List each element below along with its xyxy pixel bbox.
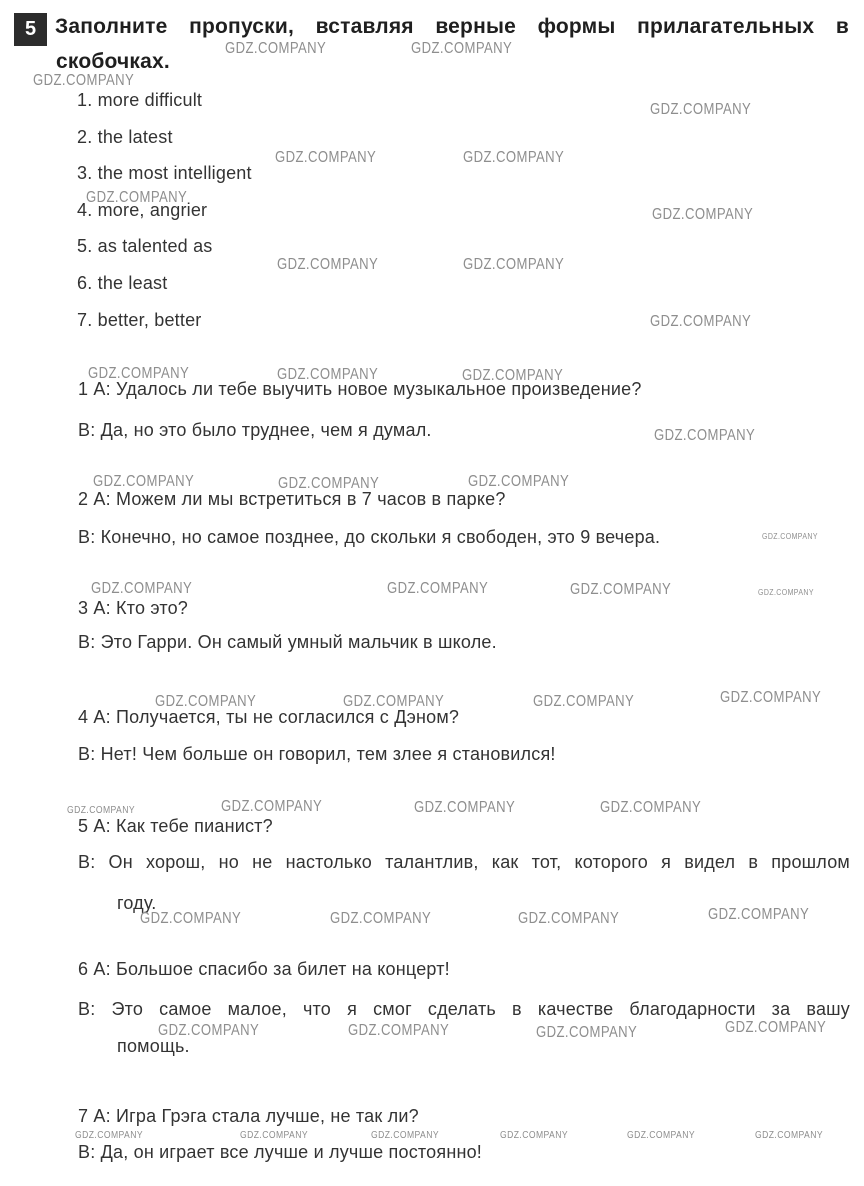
gdz-company-watermark: GDZ.COMPANY <box>371 1130 439 1141</box>
dialogue-5-answer-line2: году. <box>117 893 157 914</box>
gdz-company-watermark: GDZ.COMPANY <box>75 1130 143 1141</box>
exercise-number-badge: 5 <box>14 13 47 46</box>
dialogue-7-answer: В: Да, он играет все лучше и лучше посто… <box>78 1142 482 1163</box>
gdz-company-watermark: GDZ.COMPANY <box>275 150 376 166</box>
answer-item-5: 5. as talented as <box>77 235 252 272</box>
gdz-company-watermark: GDZ.COMPANY <box>536 1025 637 1041</box>
answer-item-7: 7. better, better <box>77 309 252 346</box>
dialogue-3-answer: В: Это Гарри. Он самый умный мальчик в ш… <box>78 632 497 653</box>
gdz-company-watermark: GDZ.COMPANY <box>600 800 701 816</box>
dialogue-5-question: 5 А: Как тебе пианист? <box>78 816 273 837</box>
answer-item-3: 3. the most intelligent <box>77 162 252 199</box>
dialogue-4-answer: В: Нет! Чем больше он говорил, тем злее … <box>78 744 556 765</box>
gdz-company-watermark: GDZ.COMPANY <box>654 428 755 444</box>
gdz-company-watermark: GDZ.COMPANY <box>720 690 821 706</box>
gdz-company-watermark: GDZ.COMPANY <box>755 1130 823 1141</box>
gdz-company-watermark: GDZ.COMPANY <box>277 257 378 273</box>
gdz-company-watermark: GDZ.COMPANY <box>221 799 322 815</box>
gdz-company-watermark: GDZ.COMPANY <box>93 474 194 490</box>
dialogue-4-question: 4 А: Получается, ты не согласился с Дэно… <box>78 707 459 728</box>
gdz-company-watermark: GDZ.COMPANY <box>708 907 809 923</box>
dialogue-6-answer-line1: В: Это самое малое, что я смог сделать в… <box>78 999 850 1020</box>
gdz-company-watermark: GDZ.COMPANY <box>762 532 818 541</box>
worksheet-page: 5 Заполните пропуски, вставляя верные фо… <box>0 0 864 1186</box>
answers-list: 1. more difficult 2. the latest 3. the m… <box>77 89 252 345</box>
dialogue-7-question: 7 А: Игра Грэга стала лучше, не так ли? <box>78 1106 419 1127</box>
gdz-company-watermark: GDZ.COMPANY <box>67 805 135 816</box>
gdz-company-watermark: GDZ.COMPANY <box>650 102 751 118</box>
gdz-company-watermark: GDZ.COMPANY <box>33 73 134 89</box>
gdz-company-watermark: GDZ.COMPANY <box>725 1020 826 1036</box>
dialogue-1-question: 1 А: Удалось ли тебе выучить новое музык… <box>78 379 642 400</box>
gdz-company-watermark: GDZ.COMPANY <box>570 582 671 598</box>
answer-item-2: 2. the latest <box>77 126 252 163</box>
gdz-company-watermark: GDZ.COMPANY <box>518 911 619 927</box>
gdz-company-watermark: GDZ.COMPANY <box>468 474 569 490</box>
answer-item-1: 1. more difficult <box>77 89 252 126</box>
gdz-company-watermark: GDZ.COMPANY <box>758 588 814 597</box>
dialogue-6-answer-line2: помощь. <box>117 1036 190 1057</box>
gdz-company-watermark: GDZ.COMPANY <box>91 581 192 597</box>
answer-item-6: 6. the least <box>77 272 252 309</box>
gdz-company-watermark: GDZ.COMPANY <box>240 1130 308 1141</box>
dialogue-2-answer: В: Конечно, но самое позднее, до скольки… <box>78 527 660 548</box>
gdz-company-watermark: GDZ.COMPANY <box>627 1130 695 1141</box>
dialogue-2-question: 2 А: Можем ли мы встретиться в 7 часов в… <box>78 489 506 510</box>
gdz-company-watermark: GDZ.COMPANY <box>225 41 326 57</box>
gdz-company-watermark: GDZ.COMPANY <box>533 694 634 710</box>
exercise-title-line1: Заполните пропуски, вставляя верные форм… <box>55 15 849 39</box>
gdz-company-watermark: GDZ.COMPANY <box>387 581 488 597</box>
gdz-company-watermark: GDZ.COMPANY <box>463 257 564 273</box>
gdz-company-watermark: GDZ.COMPANY <box>411 41 512 57</box>
exercise-title-line2: скобочках. <box>56 50 170 74</box>
gdz-company-watermark: GDZ.COMPANY <box>414 800 515 816</box>
gdz-company-watermark: GDZ.COMPANY <box>330 911 431 927</box>
gdz-company-watermark: GDZ.COMPANY <box>463 150 564 166</box>
dialogue-6-question: 6 А: Большое спасибо за билет на концерт… <box>78 959 450 980</box>
answer-item-4: 4. more, angrier <box>77 199 252 236</box>
gdz-company-watermark: GDZ.COMPANY <box>650 314 751 330</box>
gdz-company-watermark: GDZ.COMPANY <box>652 207 753 223</box>
dialogue-3-question: 3 А: Кто это? <box>78 598 188 619</box>
dialogue-1-answer: В: Да, но это было труднее, чем я думал. <box>78 420 432 441</box>
gdz-company-watermark: GDZ.COMPANY <box>348 1023 449 1039</box>
dialogue-5-answer-line1: В: Он хорош, но не настолько талантлив, … <box>78 852 850 873</box>
gdz-company-watermark: GDZ.COMPANY <box>500 1130 568 1141</box>
